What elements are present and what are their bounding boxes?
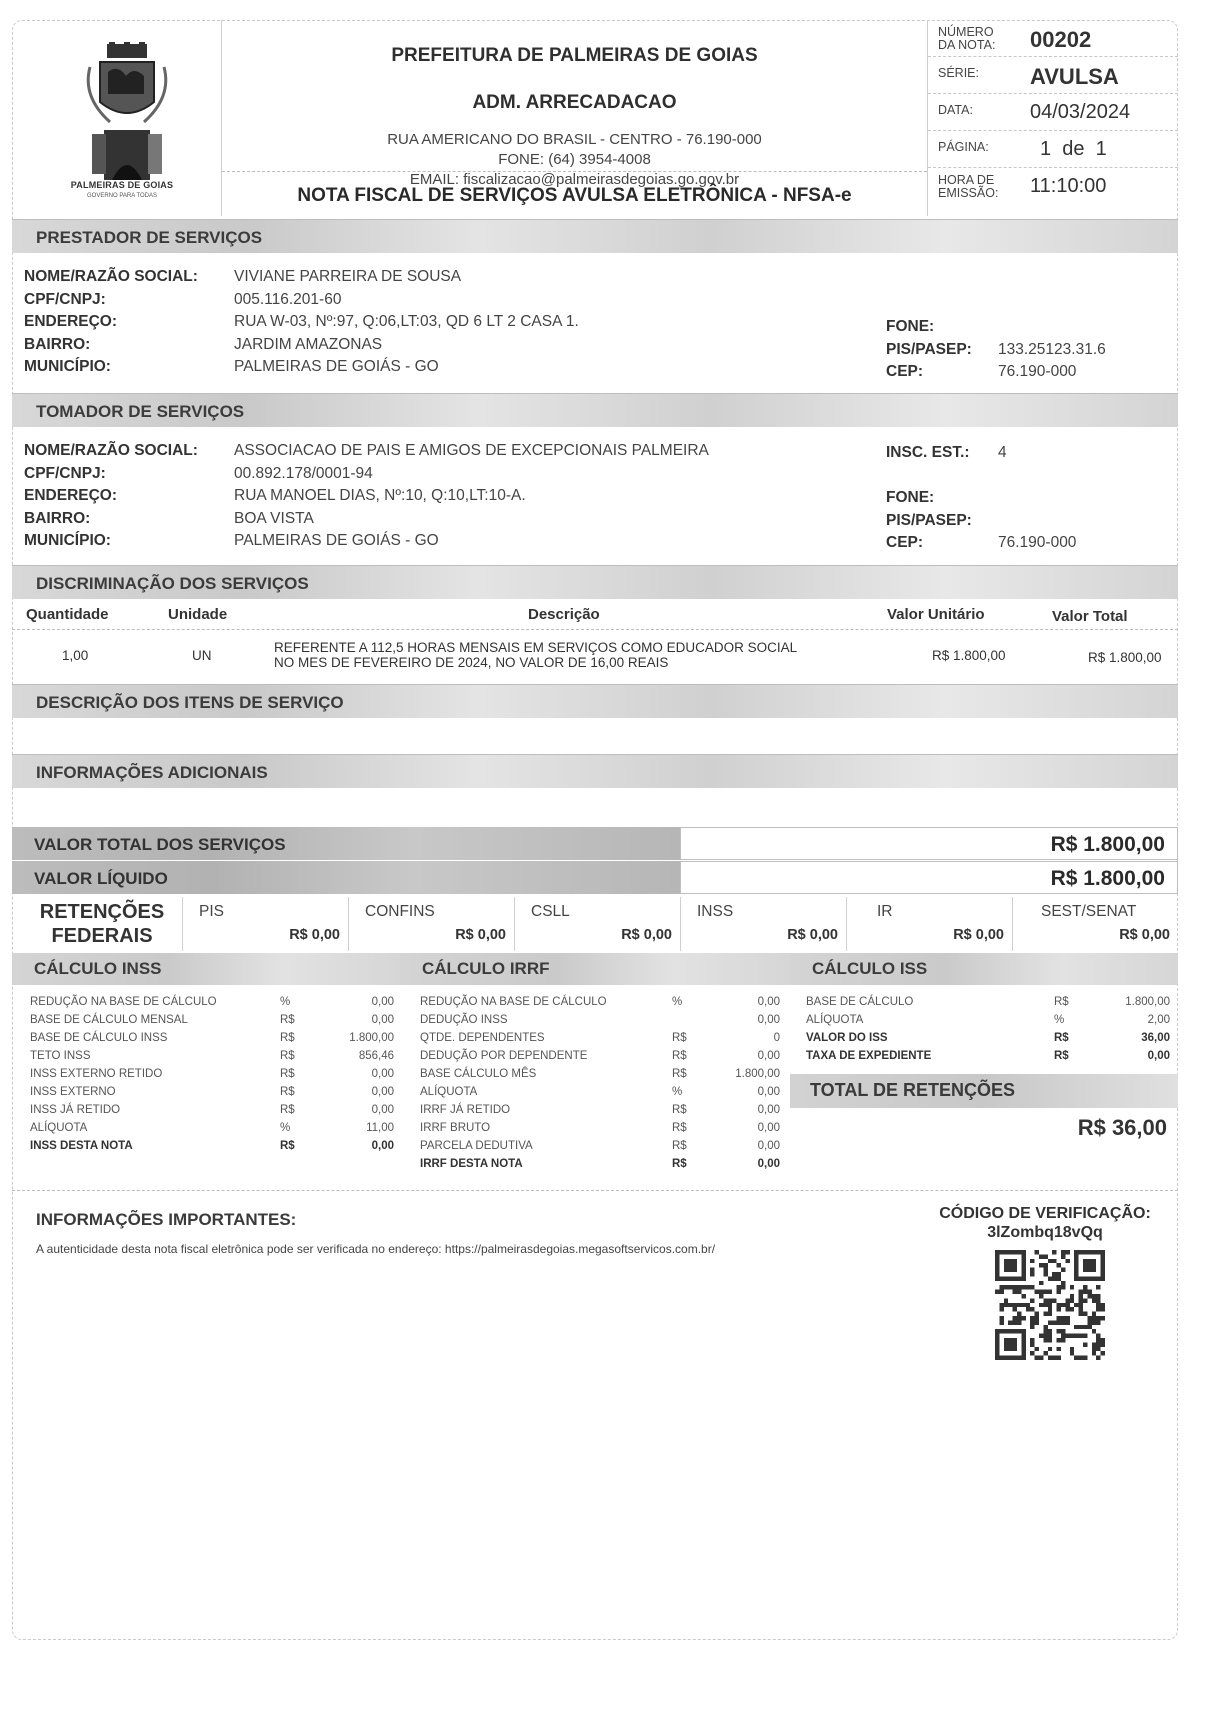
org-name-line1: PREFEITURA DE PALMEIRAS DE GOIAS: [222, 44, 927, 67]
calc-row: ALÍQUOTA%2,00: [806, 1014, 1168, 1032]
serie-value: AVULSA: [1030, 64, 1119, 90]
calculo-iss-header: CÁLCULO ISS: [790, 953, 1178, 985]
prestador-fields: NOME/RAZÃO SOCIAL:VIVIANE PARREIRA DE SO…: [24, 268, 579, 381]
tomador-field-row: CPF/CNPJ:00.892.178/0001-94: [24, 465, 709, 488]
document-title: NOTA FISCAL DE SERVIÇOS AVULSA ELETRÔNIC…: [222, 185, 927, 207]
calc-row: DEDUÇÃO POR DEPENDENTER$0,00: [420, 1050, 782, 1068]
retencoes-federais: RETENÇÕES FEDERAIS PISR$ 0,00 CONFINSR$ …: [12, 897, 1178, 951]
tomador-insc-est: INSC. EST.:4: [886, 444, 1007, 467]
descricao-itens-section-header: DESCRIÇÃO DOS ITENS DE SERVIÇO: [12, 684, 1178, 718]
logo-text: PALMEIRAS DE GOIAS: [52, 180, 192, 190]
retencao-ir: IRR$ 0,00: [846, 897, 1012, 951]
numero-value: 00202: [1030, 27, 1091, 53]
calc-row: ALÍQUOTA%0,00: [420, 1086, 782, 1104]
footer-divider: [12, 1190, 1178, 1191]
invoice-header: PALMEIRAS DE GOIAS GOVERNO PARA TODAS PR…: [12, 20, 1178, 216]
numero-label: NÚMERO DA NOTA:: [938, 26, 995, 52]
calc-row: INSS EXTERNO RETIDOR$0,00: [30, 1068, 392, 1086]
data-value: 04/03/2024: [1030, 101, 1130, 124]
meta-hora: HORA DE EMISSÃO: 11:10:00: [928, 168, 1178, 205]
serie-label: SÉRIE:: [938, 67, 979, 80]
meta-serie: SÉRIE: AVULSA: [928, 57, 1178, 94]
total-retencoes-value: R$ 36,00: [1078, 1115, 1167, 1141]
calc-row: DEDUÇÃO INSS0,00: [420, 1014, 782, 1032]
hora-label: HORA DE EMISSÃO:: [938, 174, 998, 200]
calc-row: INSS DESTA NOTAR$0,00: [30, 1140, 392, 1158]
calc-row: REDUÇÃO NA BASE DE CÁLCULO%0,00: [30, 996, 392, 1014]
valor-liquido-row: VALOR LÍQUIDO R$ 1.800,00: [12, 861, 1178, 894]
calc-row: BASE DE CÁLCULO INSSR$1.800,00: [30, 1032, 392, 1050]
verification-label: CÓDIGO DE VERIFICAÇÃO:: [920, 1204, 1170, 1223]
row-quantidade: 1,00: [62, 648, 88, 663]
valor-liquido-value: R$ 1.800,00: [1051, 867, 1165, 891]
col-quantidade: Quantidade: [26, 606, 109, 623]
servicos-table-row: 1,00 UN REFERENTE A 112,5 HORAS MENSAIS …: [12, 630, 1178, 676]
retencao-inss: INSSR$ 0,00: [680, 897, 846, 951]
qr-code-icon[interactable]: [995, 1250, 1105, 1360]
logo-area: PALMEIRAS DE GOIAS GOVERNO PARA TODAS: [12, 20, 222, 216]
calc-row: INSS EXTERNOR$0,00: [30, 1086, 392, 1104]
calc-row: INSS JÁ RETIDOR$0,00: [30, 1104, 392, 1122]
calc-row: IRRF JÁ RETIDOR$0,00: [420, 1104, 782, 1122]
retencao-pis: PISR$ 0,00: [182, 897, 348, 951]
meta-pagina: PÁGINA: 1 de 1: [928, 131, 1178, 168]
tomador-title: TOMADOR DE SERVIÇOS: [36, 402, 244, 422]
info-importantes-title: INFORMAÇÕES IMPORTANTES:: [36, 1210, 296, 1230]
descricao-itens-title: DESCRIÇÃO DOS ITENS DE SERVIÇO: [36, 693, 344, 713]
tomador-field-row: MUNICÍPIO:PALMEIRAS DE GOIÁS - GO: [24, 532, 709, 555]
servicos-table-header: Quantidade Unidade Descrição Valor Unitá…: [12, 598, 1178, 630]
org-name-line2: ADM. ARRECADACAO: [222, 91, 927, 114]
calc-row: VALOR DO ISSR$36,00: [806, 1032, 1168, 1050]
row-valor-unitario: R$ 1.800,00: [932, 648, 1006, 663]
col-valor-total: Valor Total: [1052, 608, 1128, 625]
hora-value: 11:10:00: [1030, 175, 1106, 198]
calc-row: BASE CÁLCULO MÊSR$1.800,00: [420, 1068, 782, 1086]
tomador-field-row: ENDEREÇO:RUA MANOEL DIAS, Nº:10, Q:10,LT…: [24, 487, 709, 510]
calculo-irrf-list: REDUÇÃO NA BASE DE CÁLCULO%0,00DEDUÇÃO I…: [420, 996, 782, 1176]
calc-row: IRRF DESTA NOTAR$0,00: [420, 1158, 782, 1176]
tomador-section-header: TOMADOR DE SERVIÇOS: [12, 393, 1178, 427]
valor-liquido-label: VALOR LÍQUIDO: [34, 869, 168, 889]
col-descricao: Descrição: [528, 606, 600, 623]
calc-row: ALÍQUOTA%11,00: [30, 1122, 392, 1140]
prestador-field-row: MUNICÍPIO:PALMEIRAS DE GOIÁS - GO: [24, 358, 579, 381]
calculo-inss-list: REDUÇÃO NA BASE DE CÁLCULO%0,00BASE DE C…: [30, 996, 392, 1158]
verification-block: CÓDIGO DE VERIFICAÇÃO: 3lZombq18vQq: [920, 1204, 1170, 1242]
tomador-right-fields: FONE: PIS/PASEP: CEP:76.190-000: [886, 489, 1076, 557]
data-label: DATA:: [938, 104, 973, 117]
organization-block: PREFEITURA DE PALMEIRAS DE GOIAS ADM. AR…: [222, 20, 927, 172]
valor-total-row: VALOR TOTAL DOS SERVIÇOS R$ 1.800,00: [12, 827, 1178, 860]
prestador-field-row: BAIRRO:JARDIM AMAZONAS: [24, 336, 579, 359]
col-unidade: Unidade: [168, 606, 227, 623]
pagina-label: PÁGINA:: [938, 141, 989, 154]
prestador-field-row: CPF/CNPJ:005.116.201-60: [24, 291, 579, 314]
prestador-right-fields: FONE: PIS/PASEP:133.25123.31.6 CEP:76.19…: [886, 318, 1106, 386]
org-street: RUA AMERICANO DO BRASIL - CENTRO - 76.19…: [222, 130, 927, 150]
servicos-section-header: DISCRIMINAÇÃO DOS SERVIÇOS: [12, 565, 1178, 599]
tomador-fields: NOME/RAZÃO SOCIAL:ASSOCIACAO DE PAIS E A…: [24, 442, 709, 555]
prestador-section-header: PRESTADOR DE SERVIÇOS: [12, 219, 1178, 253]
valor-total-value: R$ 1.800,00: [1051, 833, 1165, 857]
calc-row: TETO INSSR$856,46: [30, 1050, 392, 1068]
col-valor-unitario: Valor Unitário: [887, 606, 985, 623]
info-adicionais-section-header: INFORMAÇÕES ADICIONAIS: [12, 754, 1178, 788]
meta-data: DATA: 04/03/2024: [928, 94, 1178, 131]
verification-code: 3lZombq18vQq: [920, 1223, 1170, 1242]
calculo-inss-header: CÁLCULO INSS: [12, 953, 400, 985]
logo-subtext: GOVERNO PARA TODAS: [52, 193, 192, 199]
calc-row: REDUÇÃO NA BASE DE CÁLCULO%0,00: [420, 996, 782, 1014]
org-phone: FONE: (64) 3954-4008: [222, 150, 927, 170]
calc-row: BASE DE CÁLCULOR$1.800,00: [806, 996, 1168, 1014]
meta-numero: NÚMERO DA NOTA: 00202: [928, 20, 1178, 57]
tomador-field-row: NOME/RAZÃO SOCIAL:ASSOCIACAO DE PAIS E A…: [24, 442, 709, 465]
org-address: RUA AMERICANO DO BRASIL - CENTRO - 76.19…: [222, 130, 927, 190]
total-retencoes-header: TOTAL DE RETENÇÕES: [790, 1074, 1178, 1108]
prestador-field-row: ENDEREÇO:RUA W-03, Nº:97, Q:06,LT:03, QD…: [24, 313, 579, 336]
pagina-value: 1 de 1: [1040, 138, 1107, 161]
valor-total-label: VALOR TOTAL DOS SERVIÇOS: [34, 835, 286, 855]
retencoes-title: RETENÇÕES FEDERAIS: [12, 897, 192, 951]
retencao-csll: CSLLR$ 0,00: [514, 897, 680, 951]
row-valor-total: R$ 1.800,00: [1088, 650, 1162, 665]
prestador-field-row: NOME/RAZÃO SOCIAL:VIVIANE PARREIRA DE SO…: [24, 268, 579, 291]
calc-row: PARCELA DEDUTIVAR$0,00: [420, 1140, 782, 1158]
calculo-iss-list: BASE DE CÁLCULOR$1.800,00ALÍQUOTA%2,00VA…: [806, 996, 1168, 1068]
invoice-meta: NÚMERO DA NOTA: 00202 SÉRIE: AVULSA DATA…: [927, 20, 1178, 216]
servicos-title: DISCRIMINAÇÃO DOS SERVIÇOS: [36, 574, 309, 594]
info-adicionais-title: INFORMAÇÕES ADICIONAIS: [36, 763, 268, 783]
calc-row: QTDE. DEPENDENTESR$0: [420, 1032, 782, 1050]
tomador-field-row: BAIRRO:BOA VISTA: [24, 510, 709, 533]
info-importantes-text: A autenticidade desta nota fiscal eletrô…: [36, 1242, 715, 1256]
prestador-title: PRESTADOR DE SERVIÇOS: [36, 228, 262, 248]
retencao-sest-senat: SEST/SENATR$ 0,00: [1012, 897, 1178, 951]
calc-row: BASE DE CÁLCULO MENSALR$0,00: [30, 1014, 392, 1032]
row-unidade: UN: [192, 648, 212, 663]
retencao-confins: CONFINSR$ 0,00: [348, 897, 514, 951]
calc-row: TAXA DE EXPEDIENTER$0,00: [806, 1050, 1168, 1068]
calculo-irrf-header: CÁLCULO IRRF: [400, 953, 790, 985]
calc-row: IRRF BRUTOR$0,00: [420, 1122, 782, 1140]
row-descricao: REFERENTE A 112,5 HORAS MENSAIS EM SERVI…: [274, 640, 797, 670]
